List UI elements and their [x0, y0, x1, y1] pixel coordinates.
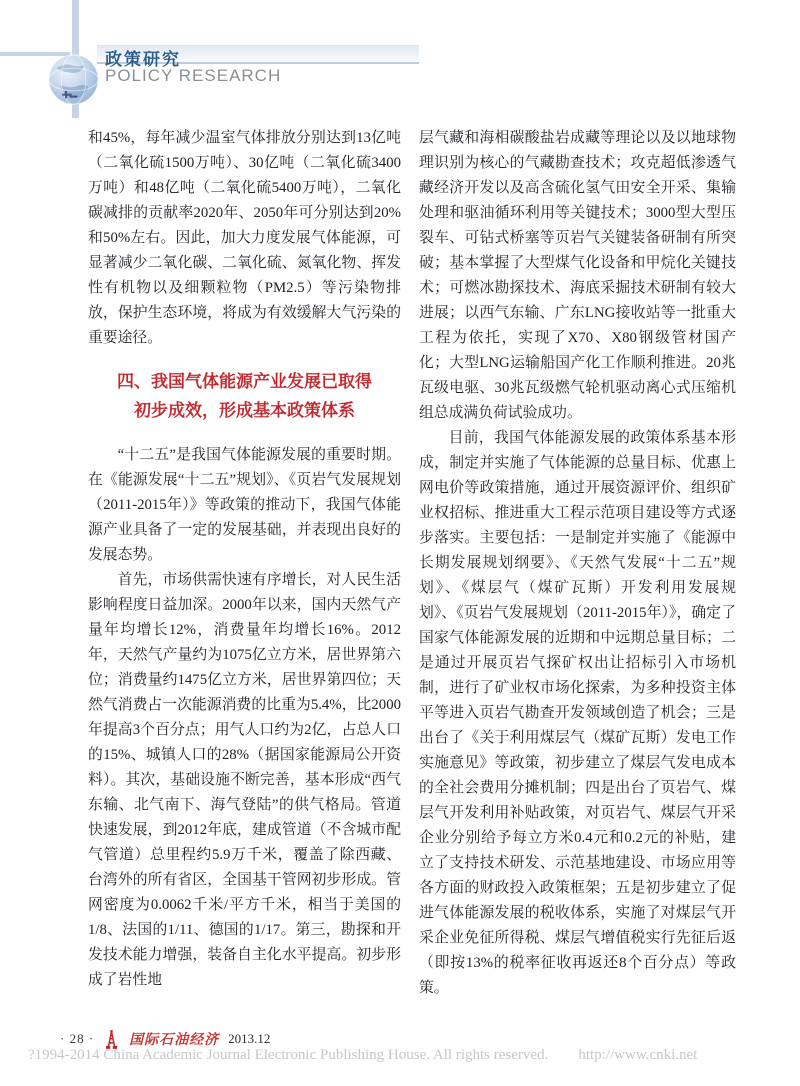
right-column: 层气藏和海相碳酸盐岩成藏等理论以及以地球物理识别为核心的气藏勘查技术；攻克超低渗… [419, 126, 736, 1001]
cnki-url[interactable]: http://www.cnki.net [578, 1047, 697, 1064]
journal-page: 政策研究 POLICY RESEARCH 和45%，每年减少温室气体排放分别达到… [0, 0, 800, 1086]
article-body: 和45%，每年减少温室气体排放分别达到13亿吨（二氧化硫1500万吨）、30亿吨… [88, 126, 736, 1001]
globe-icon [47, 53, 100, 106]
section-title-en: POLICY RESEARCH [105, 66, 281, 86]
paragraph-policy-system: 目前，我国气体能源发展的政策体系基本形成，制定并实施了气体能源的总量目标、优惠上… [419, 426, 736, 1001]
footer-meta: · 28 · 国际石油经济 2013.12 [60, 1030, 270, 1048]
journal-name: 国际石油经济 [129, 1029, 219, 1049]
paragraph-technology-progress: 层气藏和海相碳酸盐岩成藏等理论以及以地球物理识别为核心的气藏勘查技术；攻克超低渗… [419, 126, 736, 426]
issue-date: 2013.12 [228, 1031, 270, 1047]
oil-derrick-logo-icon [103, 1030, 120, 1049]
section-heading: 四、我国气体能源产业发展已取得 初步成效，形成基本政策体系 [88, 367, 401, 425]
section-heading-line2: 初步成效，形成基本政策体系 [134, 401, 355, 420]
left-column: 和45%，每年减少温室气体排放分别达到13亿吨（二氧化硫1500万吨）、30亿吨… [88, 126, 401, 1001]
copyright-line: ?1994-2014 China Academic Journal Electr… [28, 1047, 788, 1064]
section-heading-line1: 四、我国气体能源产业发展已取得 [117, 372, 372, 391]
page-number: · 28 · [60, 1031, 94, 1047]
section-title-band: 政策研究 [97, 45, 419, 64]
paragraph-emissions-reduction: 和45%，每年减少温室气体排放分别达到13亿吨（二氧化硫1500万吨）、30亿吨… [88, 126, 401, 351]
paragraph-market-growth: 首先，市场供需快速有序增长，对人民生活影响程度日益加深。2000年以来，国内天然… [88, 568, 401, 993]
copyright-text: ?1994-2014 China Academic Journal Electr… [28, 1047, 548, 1064]
paragraph-five-year-plan: “十二五”是我国气体能源发展的重要时期。在《能源发展“十二五”规划》、《页岩气发… [88, 443, 401, 568]
